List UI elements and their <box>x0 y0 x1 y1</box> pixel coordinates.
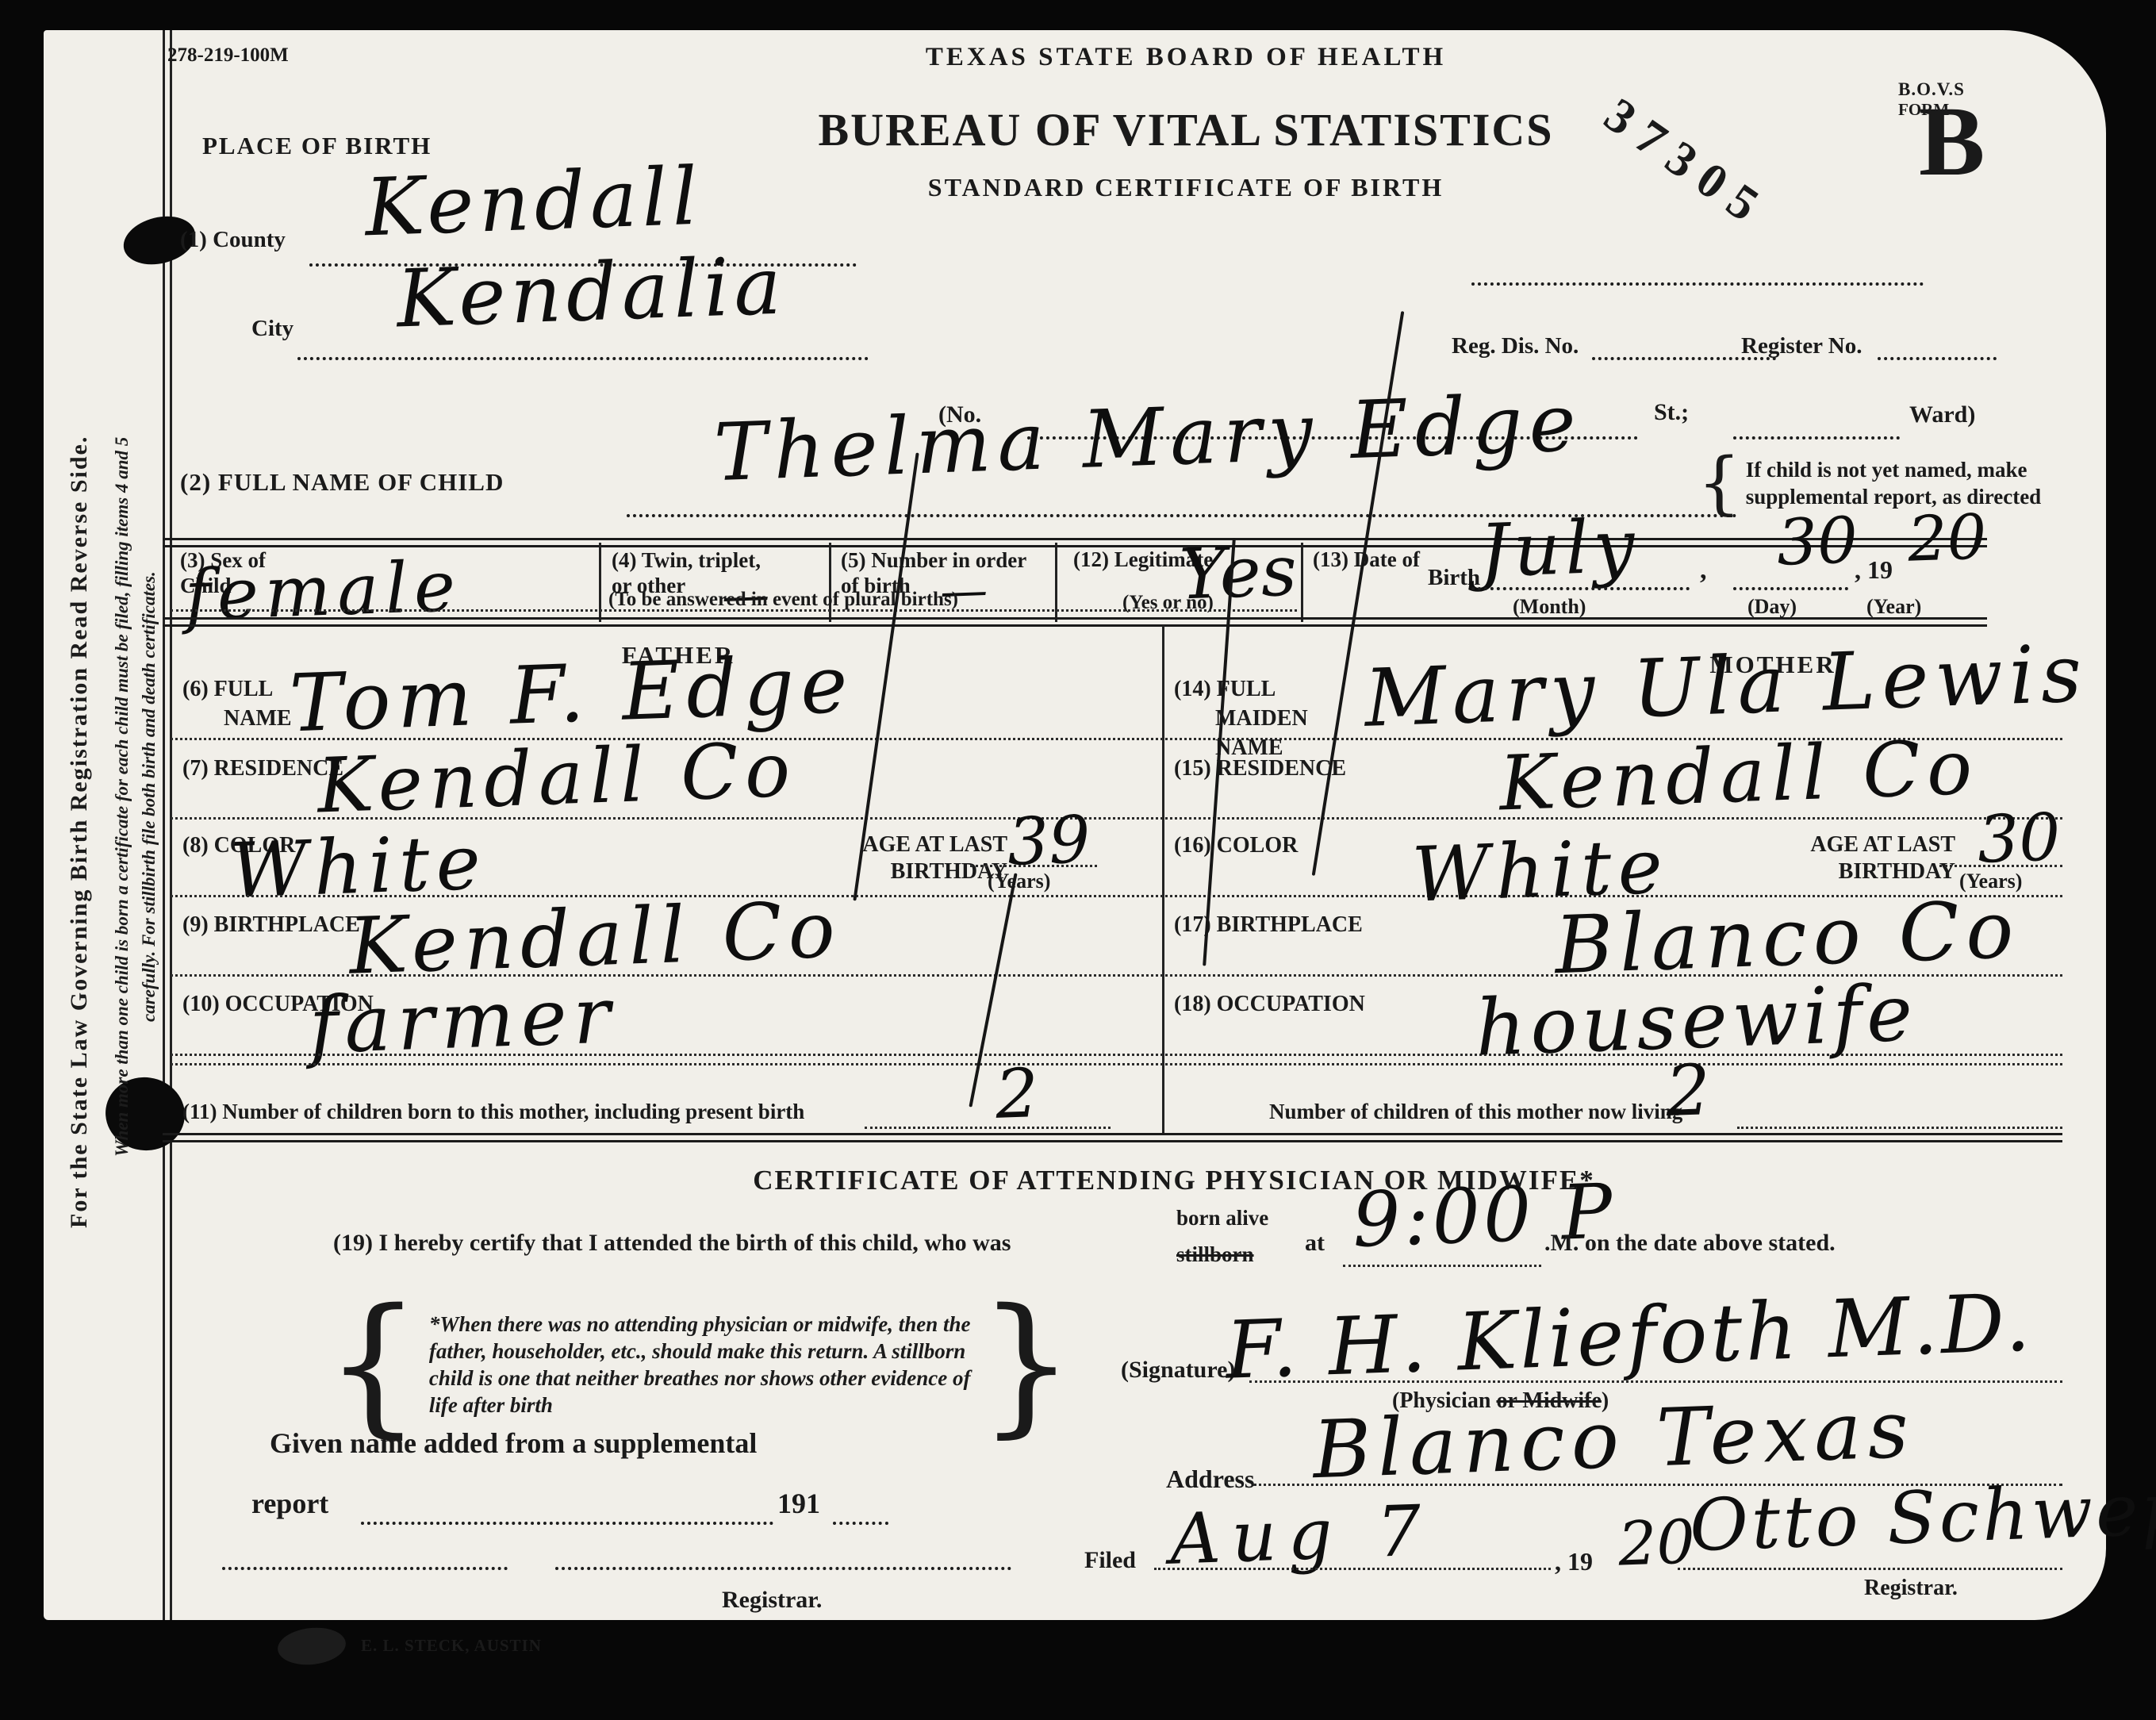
physician-signature-value: F. H. Kliefoth M.D. <box>1224 1276 2035 1396</box>
given-name-note: Given name added from a supplemental <box>270 1426 757 1460</box>
registrar-signature-line <box>1678 1568 2062 1570</box>
birth-month-value: July <box>1478 504 1640 594</box>
born-alive-option: born alive <box>1176 1206 1268 1230</box>
county-label: (1) County <box>180 227 286 253</box>
mother-age-label-line1: AGE AT LAST <box>1810 832 1955 857</box>
row-line-occupation-2 <box>171 1063 2062 1065</box>
at-label: at <box>1305 1230 1325 1257</box>
film-scan-background: For the State Law Governing Birth Regist… <box>0 0 2156 1720</box>
father-name-label: (6) FULLNAME <box>182 674 292 733</box>
report-label: report <box>251 1487 328 1520</box>
birth-year-value: 20 <box>1906 501 1987 575</box>
father-occupation-value: farmer <box>308 970 618 1071</box>
stamp-underline <box>1471 282 1924 286</box>
register-no-label: Register No. <box>1741 333 1862 359</box>
city-label: City <box>251 316 293 342</box>
form-left-rule-inner <box>170 30 172 1620</box>
children-living-line <box>1737 1127 2062 1129</box>
footnote-brace-left: { <box>325 1296 421 1432</box>
birth-order-label-line1: (5) Number in order <box>841 548 1026 572</box>
father-years-sub: (Years) <box>988 870 1050 893</box>
address-label: Address <box>1166 1465 1254 1494</box>
unnamed-note: { If child is not yet named, make supple… <box>1698 449 2041 517</box>
legitimate-value: Yes <box>1178 529 1298 615</box>
mother-age-label: AGE AT LASTBIRTHDAY <box>1757 831 1955 885</box>
children-born-value: 2 <box>994 1054 1040 1135</box>
left-registrar-line-1 <box>222 1567 508 1570</box>
report-year-printed: 191 <box>777 1487 820 1520</box>
children-living-label: Number of children of this mother now li… <box>1269 1100 1682 1124</box>
street-st-label: St.; <box>1654 399 1689 426</box>
father-name-label-line1: (6) FULL <box>182 677 273 701</box>
father-age-value: 39 <box>1006 802 1091 881</box>
board-title: TEXAS STATE BOARD OF HEALTH <box>758 43 1614 72</box>
father-residence-value: Kendall Co <box>316 726 798 830</box>
street-st-line <box>1733 436 1900 440</box>
certificate-subtitle: STANDARD CERTIFICATE OF BIRTH <box>758 173 1614 202</box>
date-comma: , <box>1700 555 1707 585</box>
report-year-line <box>833 1522 888 1525</box>
footnote-line4: life after birth <box>429 1392 971 1419</box>
county-value: Kendall <box>363 150 704 255</box>
mother-name-value: Mary Ula Lewis <box>1363 627 2089 745</box>
registrar-label-left: Registrar. <box>722 1587 822 1614</box>
father-age-line <box>970 865 1097 867</box>
report-line <box>361 1522 773 1525</box>
mother-age-line <box>1939 865 2062 867</box>
form-word-vertical: FORM <box>1898 102 1911 118</box>
certificate-paper: For the State Law Governing Birth Regist… <box>44 30 2106 1620</box>
sidebar-note-plural-2: carefully. For stillbirth file both birt… <box>139 371 159 1022</box>
month-sub-label: (Month) <box>1513 595 1586 619</box>
day-sub-label: (Day) <box>1747 595 1797 619</box>
register-no-line <box>1878 357 1997 360</box>
unnamed-note-brace: { <box>1698 449 1741 517</box>
grid-bottom-rule <box>163 617 1987 627</box>
father-birthplace-label: (9) BIRTHPLACE <box>182 912 360 938</box>
father-name-label-line2: NAME <box>224 706 292 731</box>
father-age-label-line1: AGE AT LAST <box>862 832 1007 857</box>
filed-label: Filed <box>1084 1547 1136 1574</box>
children-living-value: 2 <box>1664 1049 1712 1132</box>
child-name-value: Thelma Mary Edge <box>712 376 1583 499</box>
bovs-form-b-mark: B.O.V.S FORM B <box>1898 79 1985 183</box>
street-ward-label: Ward) <box>1909 401 1975 428</box>
filed-date-line <box>1154 1568 1551 1570</box>
signature-label: (Signature) <box>1121 1357 1235 1384</box>
signature-line <box>1249 1380 2062 1383</box>
mother-occupation-label: (18) OCCUPATION <box>1174 992 1365 1017</box>
print-code: 278-219-100M <box>167 44 289 67</box>
birth-month-line <box>1471 587 1690 590</box>
year-sub-label: (Year) <box>1866 595 1921 619</box>
registrar-label-right: Registrar. <box>1864 1576 1958 1601</box>
grid-divider-4 <box>1301 543 1303 622</box>
certify-line: (19) I hereby certify that I attended th… <box>333 1230 1011 1257</box>
filed-date-value: Aug 7 <box>1168 1489 1433 1580</box>
mother-name-label-line2: MAIDEN <box>1215 706 1308 731</box>
left-registrar-line-2 <box>555 1567 1011 1570</box>
form-letter-b: B <box>1919 102 1985 183</box>
footnote-line1: *When there was no attending physician o… <box>429 1311 971 1338</box>
sidebar-note-reverse-side: For the State Law Governing Birth Regist… <box>66 173 93 1228</box>
form-left-rule-outer <box>163 30 165 1620</box>
children-born-label: (11) Number of children born to this mot… <box>182 1100 804 1124</box>
certify-line-end: .M. on the date above stated. <box>1544 1230 1836 1257</box>
section-bottom-rule <box>163 1133 2062 1142</box>
filed-year-printed: , 19 <box>1555 1547 1593 1576</box>
mother-birthplace-label: (17) BIRTHPLACE <box>1174 912 1363 938</box>
children-born-line <box>865 1127 1111 1129</box>
footnote-block: { *When there was no attending physician… <box>325 1296 1074 1432</box>
sidebar-note-plural-1: When more than one child is born a certi… <box>112 268 132 1157</box>
certificate-number-stamp: 37305 <box>1594 87 1778 240</box>
footnote-brace-right: } <box>978 1296 1074 1432</box>
plural-births-note: (To be answered in event of plural birth… <box>608 589 958 611</box>
child-name-label: (2) FULL NAME OF CHILD <box>180 468 504 497</box>
bureau-title: BUREAU OF VITAL STATISTICS <box>758 103 1614 156</box>
unnamed-note-line1: If child is not yet named, make <box>1746 456 2041 483</box>
birth-day-line <box>1733 587 1848 590</box>
mother-name-label: (14) FULLMAIDENNAME <box>1174 674 1308 762</box>
city-line <box>297 357 869 360</box>
reg-dis-label: Reg. Dis. No. <box>1452 333 1579 359</box>
printer-label: E. L. STECK, AUSTIN <box>361 1636 542 1656</box>
city-value: Kendalia <box>395 239 788 345</box>
birth-time-line <box>1343 1265 1541 1267</box>
birth-day-value: 30 <box>1775 503 1859 579</box>
stillborn-option: stillborn <box>1176 1242 1254 1267</box>
footnote-line2: father, householder, etc., should make t… <box>429 1338 971 1365</box>
father-mother-divider <box>1162 625 1164 1133</box>
mother-color-label: (16) COLOR <box>1174 833 1298 858</box>
mother-residence-value: Kendall Co <box>1498 724 1980 827</box>
year-printed-prefix: , 19 <box>1855 555 1893 585</box>
mother-residence-label: (15) RESIDENCE <box>1174 756 1346 781</box>
place-of-birth-label: PLACE OF BIRTH <box>202 132 432 160</box>
grid-bottom-dotted <box>171 609 1297 612</box>
mother-age-label-line2: BIRTHDAY <box>1839 859 1955 884</box>
printer-emblem-icon <box>276 1625 347 1668</box>
footnote-line3: child is one that neither breathes nor s… <box>429 1365 971 1392</box>
